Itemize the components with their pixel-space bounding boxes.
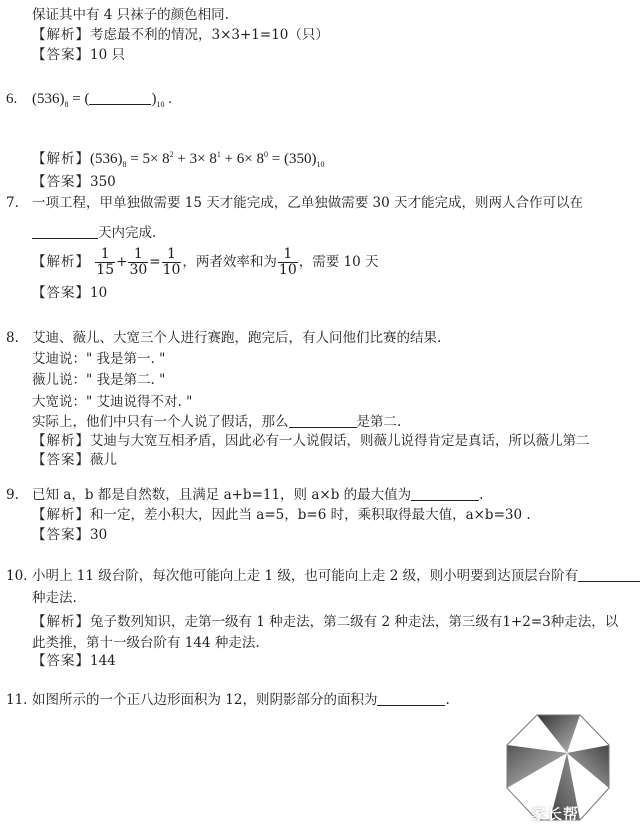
answer-label: 【答案】 bbox=[32, 527, 90, 543]
q8-question-suffix: 是第二. bbox=[357, 414, 402, 430]
q7-analysis: 【解析】 115+130=110，两者效率和为110，需要 10 天 bbox=[32, 244, 379, 280]
q7-text-line2: 天内完成. bbox=[98, 225, 156, 241]
q6-answer-text: 350 bbox=[90, 174, 116, 190]
q9-text-suffix: . bbox=[479, 487, 483, 503]
q8-analysis-text: 艾迪与大宽互相矛盾，因此必有一人说假话，则薇儿说得肯定是真话，所以薇儿第二 bbox=[90, 433, 590, 449]
q10-analysis-line1: 兔子数列知识，走第一级有 1 种走法，第二级有 2 种走法，第三级有1+2=3种… bbox=[90, 614, 618, 630]
q9-analysis-text: 和一定，差小积大，因此当 a=5，b=6 时，乘积取得最大值，a×b=30 . bbox=[90, 507, 531, 523]
question-number: 11. bbox=[6, 691, 27, 709]
analysis-label: 【解析】 bbox=[32, 254, 90, 270]
answer-label: 【答案】 bbox=[32, 174, 90, 190]
q8-question-prefix: 实际上，他们中只有一个人说了假话，那么 bbox=[32, 414, 289, 430]
answer-blank[interactable] bbox=[32, 224, 98, 239]
q6-term: = 5× 8 bbox=[130, 151, 169, 167]
q7-analysis-end: ，需要 10 天 bbox=[299, 254, 379, 270]
q8-question: 实际上，他们中只有一个人说了假话，那么是第二. bbox=[32, 413, 401, 431]
q5-answer-text: 10 只 bbox=[90, 47, 125, 63]
q10-analysis-line2: 此类推，第十一级台阶有 144 种走法. bbox=[32, 634, 260, 652]
q10-analysis: 【解析】兔子数列知识，走第一级有 1 种走法，第二级有 2 种走法，第三级有1+… bbox=[32, 613, 618, 631]
q9-analysis: 【解析】和一定，差小积大，因此当 a=5，b=6 时，乘积取得最大值，a×b=3… bbox=[32, 506, 531, 524]
analysis-label: 【解析】 bbox=[32, 507, 90, 523]
q7-line2: 天内完成. bbox=[32, 224, 156, 242]
fraction: 110 bbox=[278, 247, 298, 278]
q6-end: . bbox=[168, 91, 172, 107]
q10-answer: 【答案】144 bbox=[32, 652, 116, 670]
q5-answer: 【答案】10 只 bbox=[32, 46, 125, 64]
fraction: 110 bbox=[162, 247, 182, 278]
answer-blank[interactable] bbox=[289, 413, 357, 428]
q7-answer: 【答案】10 bbox=[32, 284, 107, 302]
q5-tail-text: 保证其中有 4 只袜子的颜色相同. bbox=[32, 6, 229, 24]
q8-statement: 薇儿说：" 我是第二. " bbox=[32, 371, 165, 389]
plus-sign: + bbox=[116, 254, 127, 270]
q10-text: 小明上 11 级台阶，每次他可能向上走 1 级，也可能向上走 2 级，则小明要到… bbox=[32, 568, 578, 584]
q8-analysis: 【解析】艾迪与大宽互相矛盾，因此必有一人说假话，则薇儿说得肯定是真话，所以薇儿第… bbox=[32, 432, 590, 450]
q6-equals: = ( bbox=[72, 91, 89, 107]
q8-answer: 【答案】薇儿 bbox=[32, 451, 117, 469]
answer-blank[interactable] bbox=[89, 90, 151, 105]
answer-blank[interactable] bbox=[411, 486, 479, 501]
q6-result-base: 10 bbox=[316, 160, 324, 169]
fraction: 115 bbox=[95, 247, 115, 278]
q9-answer: 【答案】30 bbox=[32, 526, 107, 544]
analysis-label: 【解析】 bbox=[32, 151, 90, 167]
fraction: 130 bbox=[128, 247, 148, 278]
answer-label: 【答案】 bbox=[32, 452, 90, 468]
analysis-label: 【解析】 bbox=[32, 614, 90, 630]
q6-analysis: 【解析】(536)8 = 5× 82 + 3× 81 + 6× 80 = (35… bbox=[32, 146, 324, 174]
answer-label: 【答案】 bbox=[32, 653, 90, 669]
answer-label: 【答案】 bbox=[32, 47, 90, 63]
question-number: 7. bbox=[6, 194, 19, 212]
question-number: 6. bbox=[6, 90, 17, 108]
answer-blank[interactable] bbox=[377, 691, 445, 706]
q6-term: + 3× 8 bbox=[174, 151, 217, 167]
equals-sign: = bbox=[149, 254, 160, 270]
q7-answer-text: 10 bbox=[90, 285, 107, 301]
q9-text: 已知 a，b 都是自然数，且满足 a+b=11，则 a×b 的最大值为 bbox=[32, 487, 411, 503]
q8-statement: 大宽说：" 艾迪说得不对. " bbox=[32, 393, 192, 411]
q8-answer-text: 薇儿 bbox=[90, 452, 117, 468]
analysis-label: 【解析】 bbox=[32, 433, 90, 449]
q6-left-base: 8 bbox=[65, 100, 69, 109]
q6-term: = (350) bbox=[268, 151, 316, 167]
answer-label: 【答案】 bbox=[32, 285, 90, 301]
q6-answer: 【答案】350 bbox=[32, 173, 116, 191]
analysis-label: 【解析】 bbox=[32, 27, 90, 43]
q6-analysis-prefix-base: 8 bbox=[123, 160, 127, 169]
q8-statement: 艾迪说：" 我是第一. " bbox=[32, 350, 165, 368]
shaded-triangle-right bbox=[567, 745, 609, 788]
q11-text: 如图所示的一个正八边形面积为 12，则阴影部分的面积为 bbox=[32, 692, 377, 708]
answer-blank[interactable] bbox=[578, 567, 640, 582]
watermark: 家长帮 bbox=[531, 803, 579, 824]
q6-left-value: (536) bbox=[32, 91, 65, 107]
q6-term: + 6× 8 bbox=[221, 151, 264, 167]
q10-text-line2: 种走法. bbox=[32, 589, 77, 607]
q11-text-suffix: . bbox=[445, 692, 449, 708]
q8-text: 艾迪、薇儿、大宽三个人进行赛跑，跑完后，有人问他们比赛的结果. bbox=[32, 329, 441, 347]
q7-text: 一项工程，甲单独做需要 15 天才能完成，乙单独做需要 30 天才能完成，则两人… bbox=[32, 194, 583, 212]
question-number: 10. bbox=[6, 567, 27, 585]
q6-analysis-prefix: (536) bbox=[90, 151, 123, 167]
q6-right-base: 10 bbox=[156, 100, 164, 109]
question-number: 8. bbox=[6, 329, 19, 347]
q7-analysis-mid: ，两者效率和为 bbox=[182, 254, 277, 270]
shaded-triangle-left bbox=[507, 745, 567, 788]
q5-analysis: 【解析】考虑最不利的情况，3×3+1=10（只） bbox=[32, 26, 329, 44]
q10-answer-text: 144 bbox=[90, 653, 116, 669]
q9-answer-text: 30 bbox=[90, 527, 107, 543]
question-number: 9. bbox=[6, 486, 19, 504]
shaded-triangle-top bbox=[537, 715, 580, 753]
q5-analysis-text: 考虑最不利的情况，3×3+1=10（只） bbox=[90, 27, 329, 43]
